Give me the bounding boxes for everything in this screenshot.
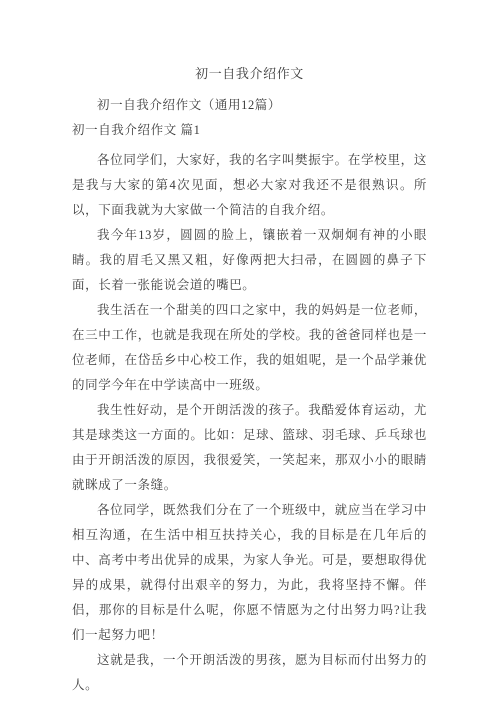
paragraph: 各位同学，既然我们分在了一个班级中，就应当在学习中相互沟通，在生活中相互扶持关心…: [72, 498, 427, 648]
document-page: 初一自我介绍作文 初一自我介绍作文（通用12篇） 初一自我介绍作文 篇1 各位同…: [0, 0, 500, 707]
section-heading: 初一自我介绍作文 篇1: [72, 118, 427, 143]
paragraph: 我今年13岁，圆圆的脸上，镶嵌着一双炯炯有神的小眼睛。我的眉毛又黑又粗，好像两把…: [72, 223, 427, 298]
paragraph: 这就是我，一个开朗活泼的男孩，愿为目标而付出努力的人。: [72, 648, 427, 698]
document-body: 各位同学们，大家好，我的名字叫樊振宇。在学校里，这是我与大家的第4次见面，想必大…: [72, 148, 427, 698]
document-subtitle: 初一自我介绍作文（通用12篇）: [72, 93, 427, 118]
paragraph: 各位同学们，大家好，我的名字叫樊振宇。在学校里，这是我与大家的第4次见面，想必大…: [72, 148, 427, 223]
paragraph: 我生性好动，是个开朗活泼的孩子。我酷爱体育运动，尤其是球类这一方面的。比如：足球…: [72, 398, 427, 498]
paragraph: 我生活在一个甜美的四口之家中，我的妈妈是一位老师，在三中工作，也就是我现在所处的…: [72, 298, 427, 398]
document-title: 初一自我介绍作文: [72, 61, 427, 86]
